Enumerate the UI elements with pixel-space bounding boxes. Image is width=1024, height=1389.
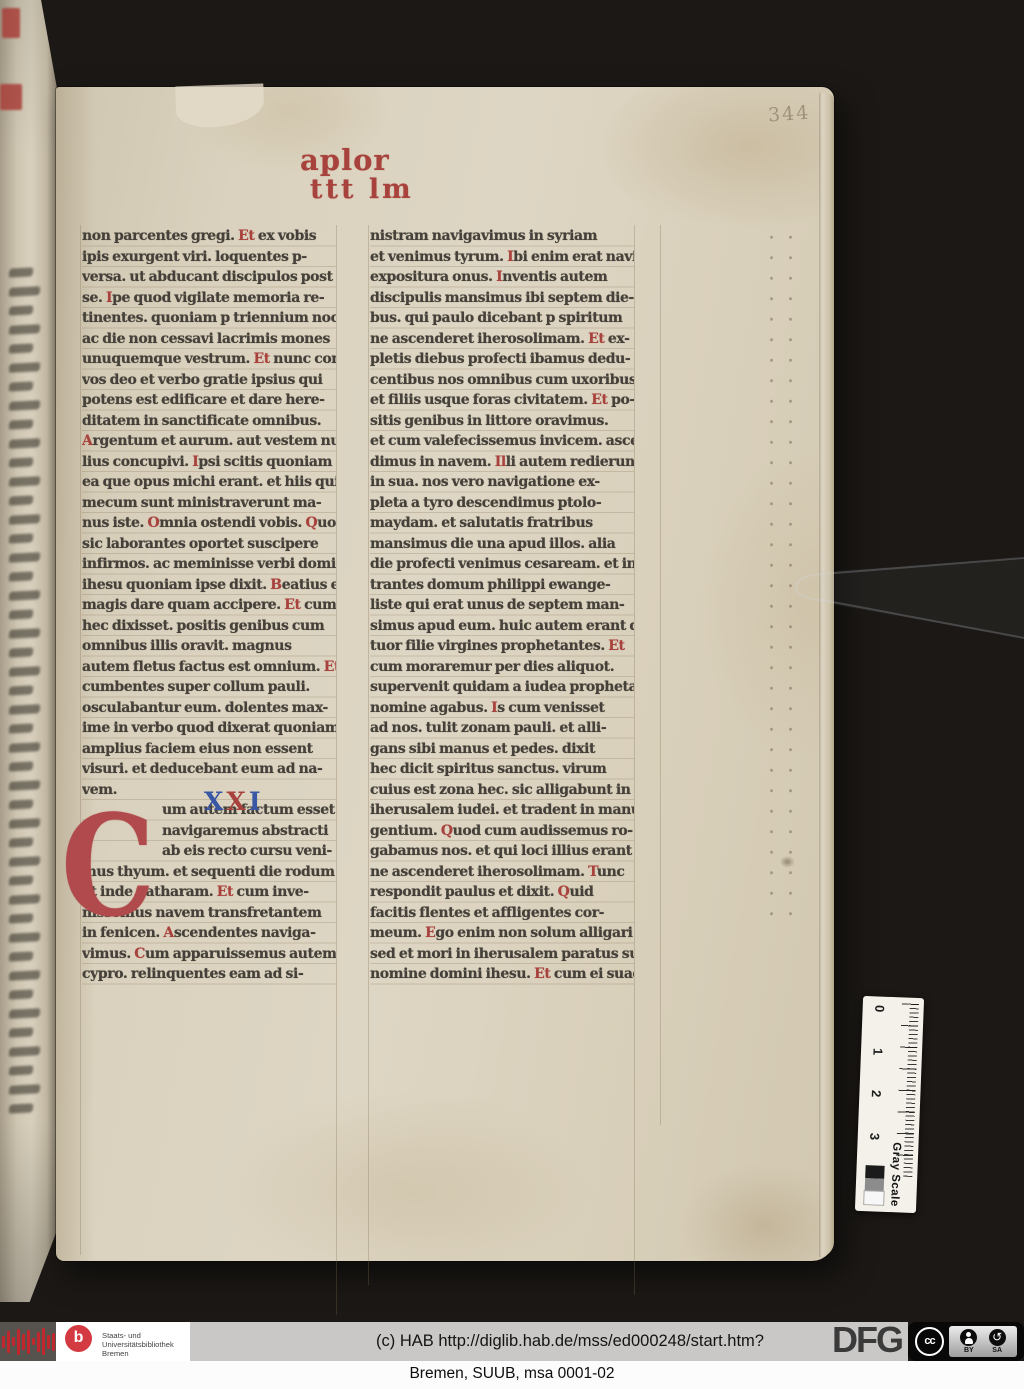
manuscript-text-line: simus apud eum. huic autem erant qua- [370,616,634,637]
ruler-number: 0 [872,1005,888,1020]
manuscript-text-line: nomine domini ihesu. Et cum ei suadere [370,964,634,985]
transparent-page-holder-strip [788,540,1024,650]
manuscript-text-line: tinentes. quoniam p triennium nocte [82,308,336,329]
manuscript-text-line: versa. ut abducant discipulos post [82,267,336,288]
cc-by-person-icon [960,1329,977,1346]
chapter-numeral-letter: X [204,787,226,816]
facing-page-red-ink-mark [2,8,20,38]
page-right-edge-stack [819,93,834,1257]
patch-white [864,1191,883,1205]
manuscript-text-line: omnibus illis oravit. magnus [82,636,336,657]
book-spine-page-edges [0,0,57,1302]
manuscript-text-line: mansimus die una apud illos. alia [370,534,634,555]
text-column-right: nistram navigavimus in syriamet venimus … [370,226,634,985]
chapter-numeral-letter: X [226,787,248,816]
manuscript-text-line: supervenit quidam a iudea propheta [370,677,634,698]
manuscript-text-line: se. Ipe quod vigilate memoria re- [82,288,336,309]
manuscript-text-line: et filiis usque foras civitatem. Et po- [370,390,634,411]
parchment-tear [175,83,264,128]
manuscript-text-line: cuius est zona hec. sic alligabunt in [370,780,634,801]
manuscript-text-line: ihesu quoniam ipse dixit. Beatius est [82,575,336,596]
manuscript-text-line: dimus in navem. Illi autem redierunt [370,452,634,473]
manuscript-text-line: gans sibi manus et pedes. dixit [370,739,634,760]
gray-scale-ruler: 01234 Gray Scale [855,996,924,1213]
ruling-line [660,225,661,1125]
manuscript-text-line: ipis exurgent viri. loquentes p- [82,247,336,268]
ruler-number: 3 [867,1132,883,1147]
manuscript-text-line: amplius faciem eius non essent [82,739,336,760]
manuscript-text-line: potens est edificare et dare here- [82,390,336,411]
ruler-number: 2 [869,1090,885,1105]
ruler-number: 1 [870,1047,886,1062]
manuscript-text-line: ne ascenderet iherosolimam. Et ex- [370,329,634,350]
library-logo-block: b Staats- und Universitätsbibliothek Bre… [56,1322,190,1361]
manuscript-text-line: vos deo et verbo gratie ipsius qui [82,370,336,391]
copyright-strip: (c) HAB http://diglib.hab.de/mss/ed00024… [190,1322,908,1361]
manuscript-text-line: ime in verbo quod dixerat quoniam [82,718,336,739]
patch-gray [865,1178,884,1192]
ruling-line [368,225,369,1285]
manuscript-text-line: gabamus nos. et qui loci illius erant [370,841,634,862]
manuscript-text-line: nus iste. Omnia ostendi vobis. Quoniam [82,513,336,534]
manuscript-text-line: nomine agabus. Is cum venisset [370,698,634,719]
manuscript-text-line: visuri. et deducebant eum ad na- [82,759,336,780]
patch-black [865,1165,884,1179]
manuscript-text-line: ditatem in sanctificate omnibus. [82,411,336,432]
cc-license-badge: cc BY ↺ SA [908,1322,1024,1361]
manuscript-text-line: liste qui erat unus de septem man- [370,595,634,616]
manuscript-text-line: maydam. et salutatis fratribus [370,513,634,534]
manuscript-text-line: ac die non cessavi lacrimis mones [82,329,336,350]
manuscript-text-line: in sua. nos vero navigatione ex- [370,472,634,493]
manuscript-text-line: pleta a tyro descendimus ptolo- [370,493,634,514]
manuscript-text-line: ne ascenderet iherosolimam. Tunc [370,862,634,883]
manuscript-text-line: die profecti venimus cesaream. et in- [370,554,634,575]
ruler-numbers: 01234 [863,996,924,998]
manuscript-text-line: iherusalem iudei. et tradent in manus [370,800,634,821]
library-name: Staats- und Universitätsbibliothek Breme… [102,1331,174,1358]
ruling-line [634,225,635,1295]
running-title-line2: ttt lm [310,175,414,205]
footer-bar: b Staats- und Universitätsbibliothek Bre… [0,1322,1024,1361]
manuscript-text-line: hec dicit spiritus sanctus. virum [370,759,634,780]
manuscript-text-line: facitis flentes et affligentes cor- [370,903,634,924]
manuscript-text-line: sed et mori in iherusalem paratus sum p- [370,944,634,965]
manuscript-text-line: centibus nos omnibus cum uxoribus [370,370,634,391]
running-title-line1: aplor [300,145,414,175]
ruling-line [80,225,81,1255]
column2-text-acts21: nistram navigavimus in syriamet venimus … [370,226,634,985]
manuscript-text-line: magis dare quam accipere. Et cum [82,595,336,616]
manuscript-text-line: ad nos. tulit zonam pauli. et alli- [370,718,634,739]
manuscript-text-line: osculabantur eum. dolentes max- [82,698,336,719]
hab-red-bars-logo [0,1322,56,1361]
manuscript-text-line: nistram navigavimus in syriam [370,226,634,247]
chapter-number-xxi: XXI [204,787,264,816]
folio-number: 344 [767,102,811,127]
cc-sa-item: ↺ SA [989,1329,1006,1354]
manuscript-text-line: lius concupivi. Ipsi scitis quoniam ad [82,452,336,473]
facing-page-red-ink-mark [0,84,22,110]
dfg-logo: DFG [832,1319,902,1361]
manuscript-text-line: trantes domum philippi ewange- [370,575,634,596]
manuscript-text-line: infirmos. ac meminisse verbi domini [82,554,336,575]
manuscript-text-line: pletis diebus profecti ibamus dedu- [370,349,634,370]
gray-scale-label: Gray Scale [888,1142,903,1208]
drop-cap-initial: C [58,790,158,967]
column1-text-acts20: non parcentes gregi. Et ex vobisipis exu… [82,226,336,800]
manuscript-page: 344 aplor ttt lm non parcentes gregi. Et… [56,87,834,1261]
manuscript-text-line: cypro. relinquentes eam ad si- [82,964,336,985]
manuscript-text-line: mecum sunt ministraverunt ma- [82,493,336,514]
shelfmark-caption: Bremen, SUUB, msa 0001-02 [0,1361,1024,1389]
manuscript-text-line: cum moraremur per dies aliquot. [370,657,634,678]
suub-bremen-logo: b [65,1325,92,1352]
manuscript-text-line: ea que opus michi erant. et hiis qui [82,472,336,493]
cc-by-sa-panel: BY ↺ SA [949,1326,1017,1357]
manuscript-text-line: sic laborantes oportet suscipere [82,534,336,555]
manuscript-text-line: et venimus tyrum. Ibi enim erat navis [370,247,634,268]
manuscript-text-line: et cum valefecissemus invicem. ascen- [370,431,634,452]
copyright-url: (c) HAB http://diglib.hab.de/mss/ed00024… [350,1322,790,1361]
manuscript-text-line: autem fletus factus est omnium. Et p- [82,657,336,678]
manuscript-text-line: tuor filie virgines prophetantes. Et [370,636,634,657]
gray-scale-patches [864,1165,884,1205]
manuscript-text-line: expositura onus. Inventis autem [370,267,634,288]
manuscript-text-line: respondit paulus et dixit. Quid [370,882,634,903]
manuscript-text-line: Argentum et aurum. aut vestem nul- [82,431,336,452]
cc-sa-arrow-icon: ↺ [989,1329,1006,1346]
ruling-line [336,225,337,1315]
cc-by-item: BY [960,1329,977,1354]
manuscript-text-line: discipulis mansimus ibi septem die- [370,288,634,309]
manuscript-text-line: sitis genibus in littore oravimus. [370,411,634,432]
manuscript-text-line: cumbentes super collum pauli. [82,677,336,698]
manuscript-text-line: gentium. Quod cum audissemus ro- [370,821,634,842]
manuscript-text-line: meum. Ego enim non solum alligari [370,923,634,944]
manuscript-text-line: unuquemque vestrum. Et nunc commendo [82,349,336,370]
manuscript-text-line: non parcentes gregi. Et ex vobis [82,226,336,247]
manuscript-text-line: hec dixisset. positis genibus cum [82,616,336,637]
chapter-numeral-letter: I [249,787,264,816]
manuscript-text-line: bus. qui paulo dicebant p spiritum [370,308,634,329]
cc-icon: cc [915,1327,944,1356]
facing-page-text-ghost [7,268,49,1123]
running-title: aplor ttt lm [300,145,414,205]
